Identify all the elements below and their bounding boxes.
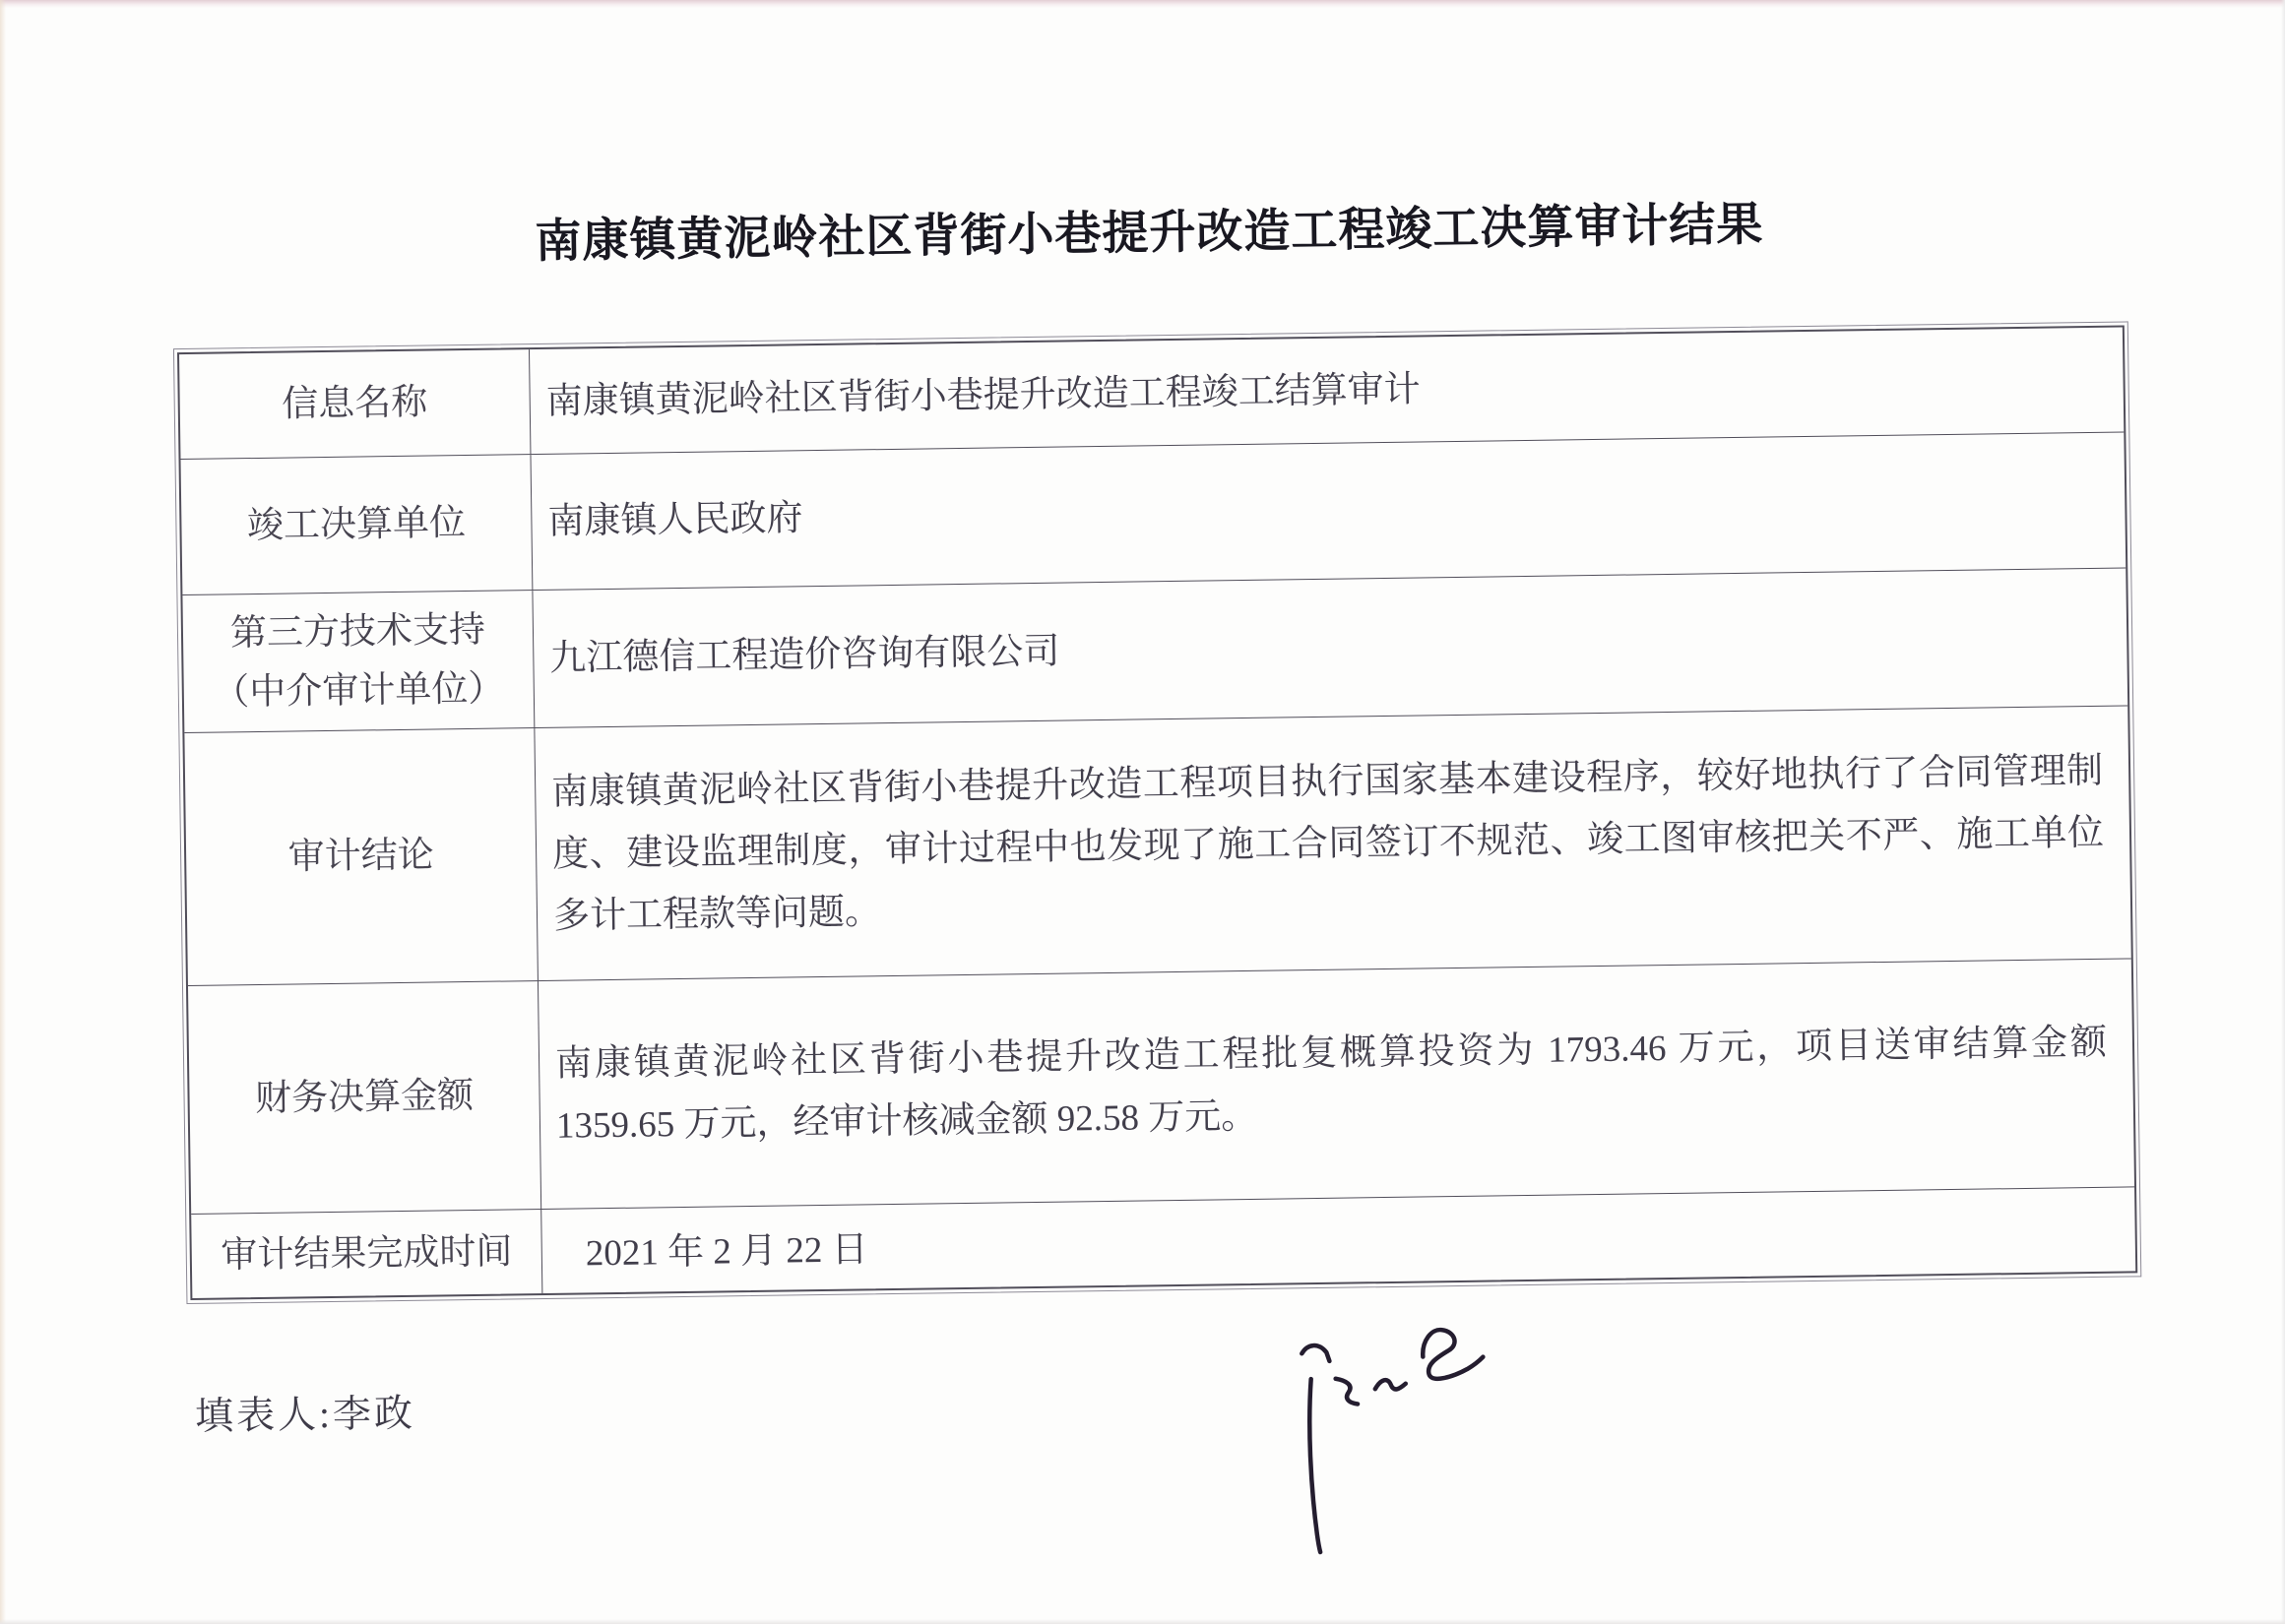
- document-content: 南康镇黄泥岭社区背街小巷提升改造工程竣工决算审计结果 信息名称 南康镇黄泥岭社区…: [0, 0, 2285, 1624]
- row-label-info-name: 信息名称: [179, 349, 531, 459]
- row-value-text: 九江德信工程造价咨询有限公司: [549, 606, 2102, 690]
- preparer-line: 填表人:李政: [195, 1383, 416, 1441]
- table-row: 审计结论 南康镇黄泥岭社区背街小巷提升改造工程项目执行国家基本建设程序，较好地执…: [184, 705, 2130, 985]
- handwritten-signature-icon: [1229, 1285, 1528, 1604]
- row-label-third-party-support: 第三方技术支持 （中介审计单位）: [182, 591, 535, 732]
- row-value-audit-conclusion: 南康镇黄泥岭社区背街小巷提升改造工程项目执行国家基本建设程序，较好地执行了合同管…: [535, 706, 2130, 980]
- scanned-document-page: 南康镇黄泥岭社区背街小巷提升改造工程竣工决算审计结果 信息名称 南康镇黄泥岭社区…: [0, 0, 2285, 1624]
- table-row: 竣工决算单位 南康镇人民政府: [180, 431, 2126, 594]
- row-value-text: 南康镇人民政府: [547, 469, 2100, 553]
- row-value-settlement-unit: 南康镇人民政府: [531, 432, 2126, 590]
- row-value-third-party-support: 九江德信工程造价咨询有限公司: [533, 568, 2127, 727]
- document-title: 南康镇黄泥岭社区背街小巷提升改造工程竣工决算审计结果: [175, 182, 2124, 276]
- row-label-audit-conclusion: 审计结论: [184, 728, 539, 985]
- row-value-text: 南康镇黄泥岭社区背街小巷提升改造工程竣工结算审计: [545, 348, 2098, 432]
- row-value-text: 南康镇黄泥岭社区背街小巷提升改造工程项目执行国家基本建设程序，较好地执行了合同管…: [551, 739, 2105, 947]
- row-label-text: 财务决算金额: [255, 1066, 475, 1128]
- row-value-text: 2021 年 2 月 22 日: [585, 1202, 2110, 1285]
- row-value-info-name: 南康镇黄泥岭社区背街小巷提升改造工程竣工结算审计: [530, 328, 2124, 455]
- table-row: 第三方技术支持 （中介审计单位） 九江德信工程造价咨询有限公司: [182, 567, 2127, 732]
- table-row: 财务决算金额 南康镇黄泥岭社区背街小巷提升改造工程批复概算投资为 1793.46…: [188, 958, 2134, 1214]
- row-label-financial-settlement-amount: 财务决算金额: [188, 981, 541, 1214]
- row-label-line2: （中介审计单位）: [213, 659, 505, 722]
- audit-info-table: 信息名称 南康镇黄泥岭社区背街小巷提升改造工程竣工结算审计 竣工决算单位 南康镇…: [177, 325, 2137, 1300]
- row-label-audit-completion-date: 审计结果完成时间: [191, 1210, 542, 1298]
- row-label-text: 信息名称: [282, 374, 428, 435]
- row-value-financial-settlement-amount: 南康镇黄泥岭社区背街小巷提升改造工程批复概算投资为 1793.46 万元，项目送…: [539, 959, 2134, 1209]
- row-label-text: 审计结果完成时间: [221, 1222, 513, 1285]
- row-label-text: 审计结论: [287, 827, 434, 888]
- row-label-line1: 第三方技术支持: [230, 600, 486, 663]
- row-label-settlement-unit: 竣工决算单位: [181, 455, 534, 594]
- row-label-text: 竣工决算单位: [247, 494, 467, 556]
- row-value-text: 南康镇黄泥岭社区背街小巷提升改造工程批复概算投资为 1793.46 万元，项目送…: [555, 1011, 2109, 1156]
